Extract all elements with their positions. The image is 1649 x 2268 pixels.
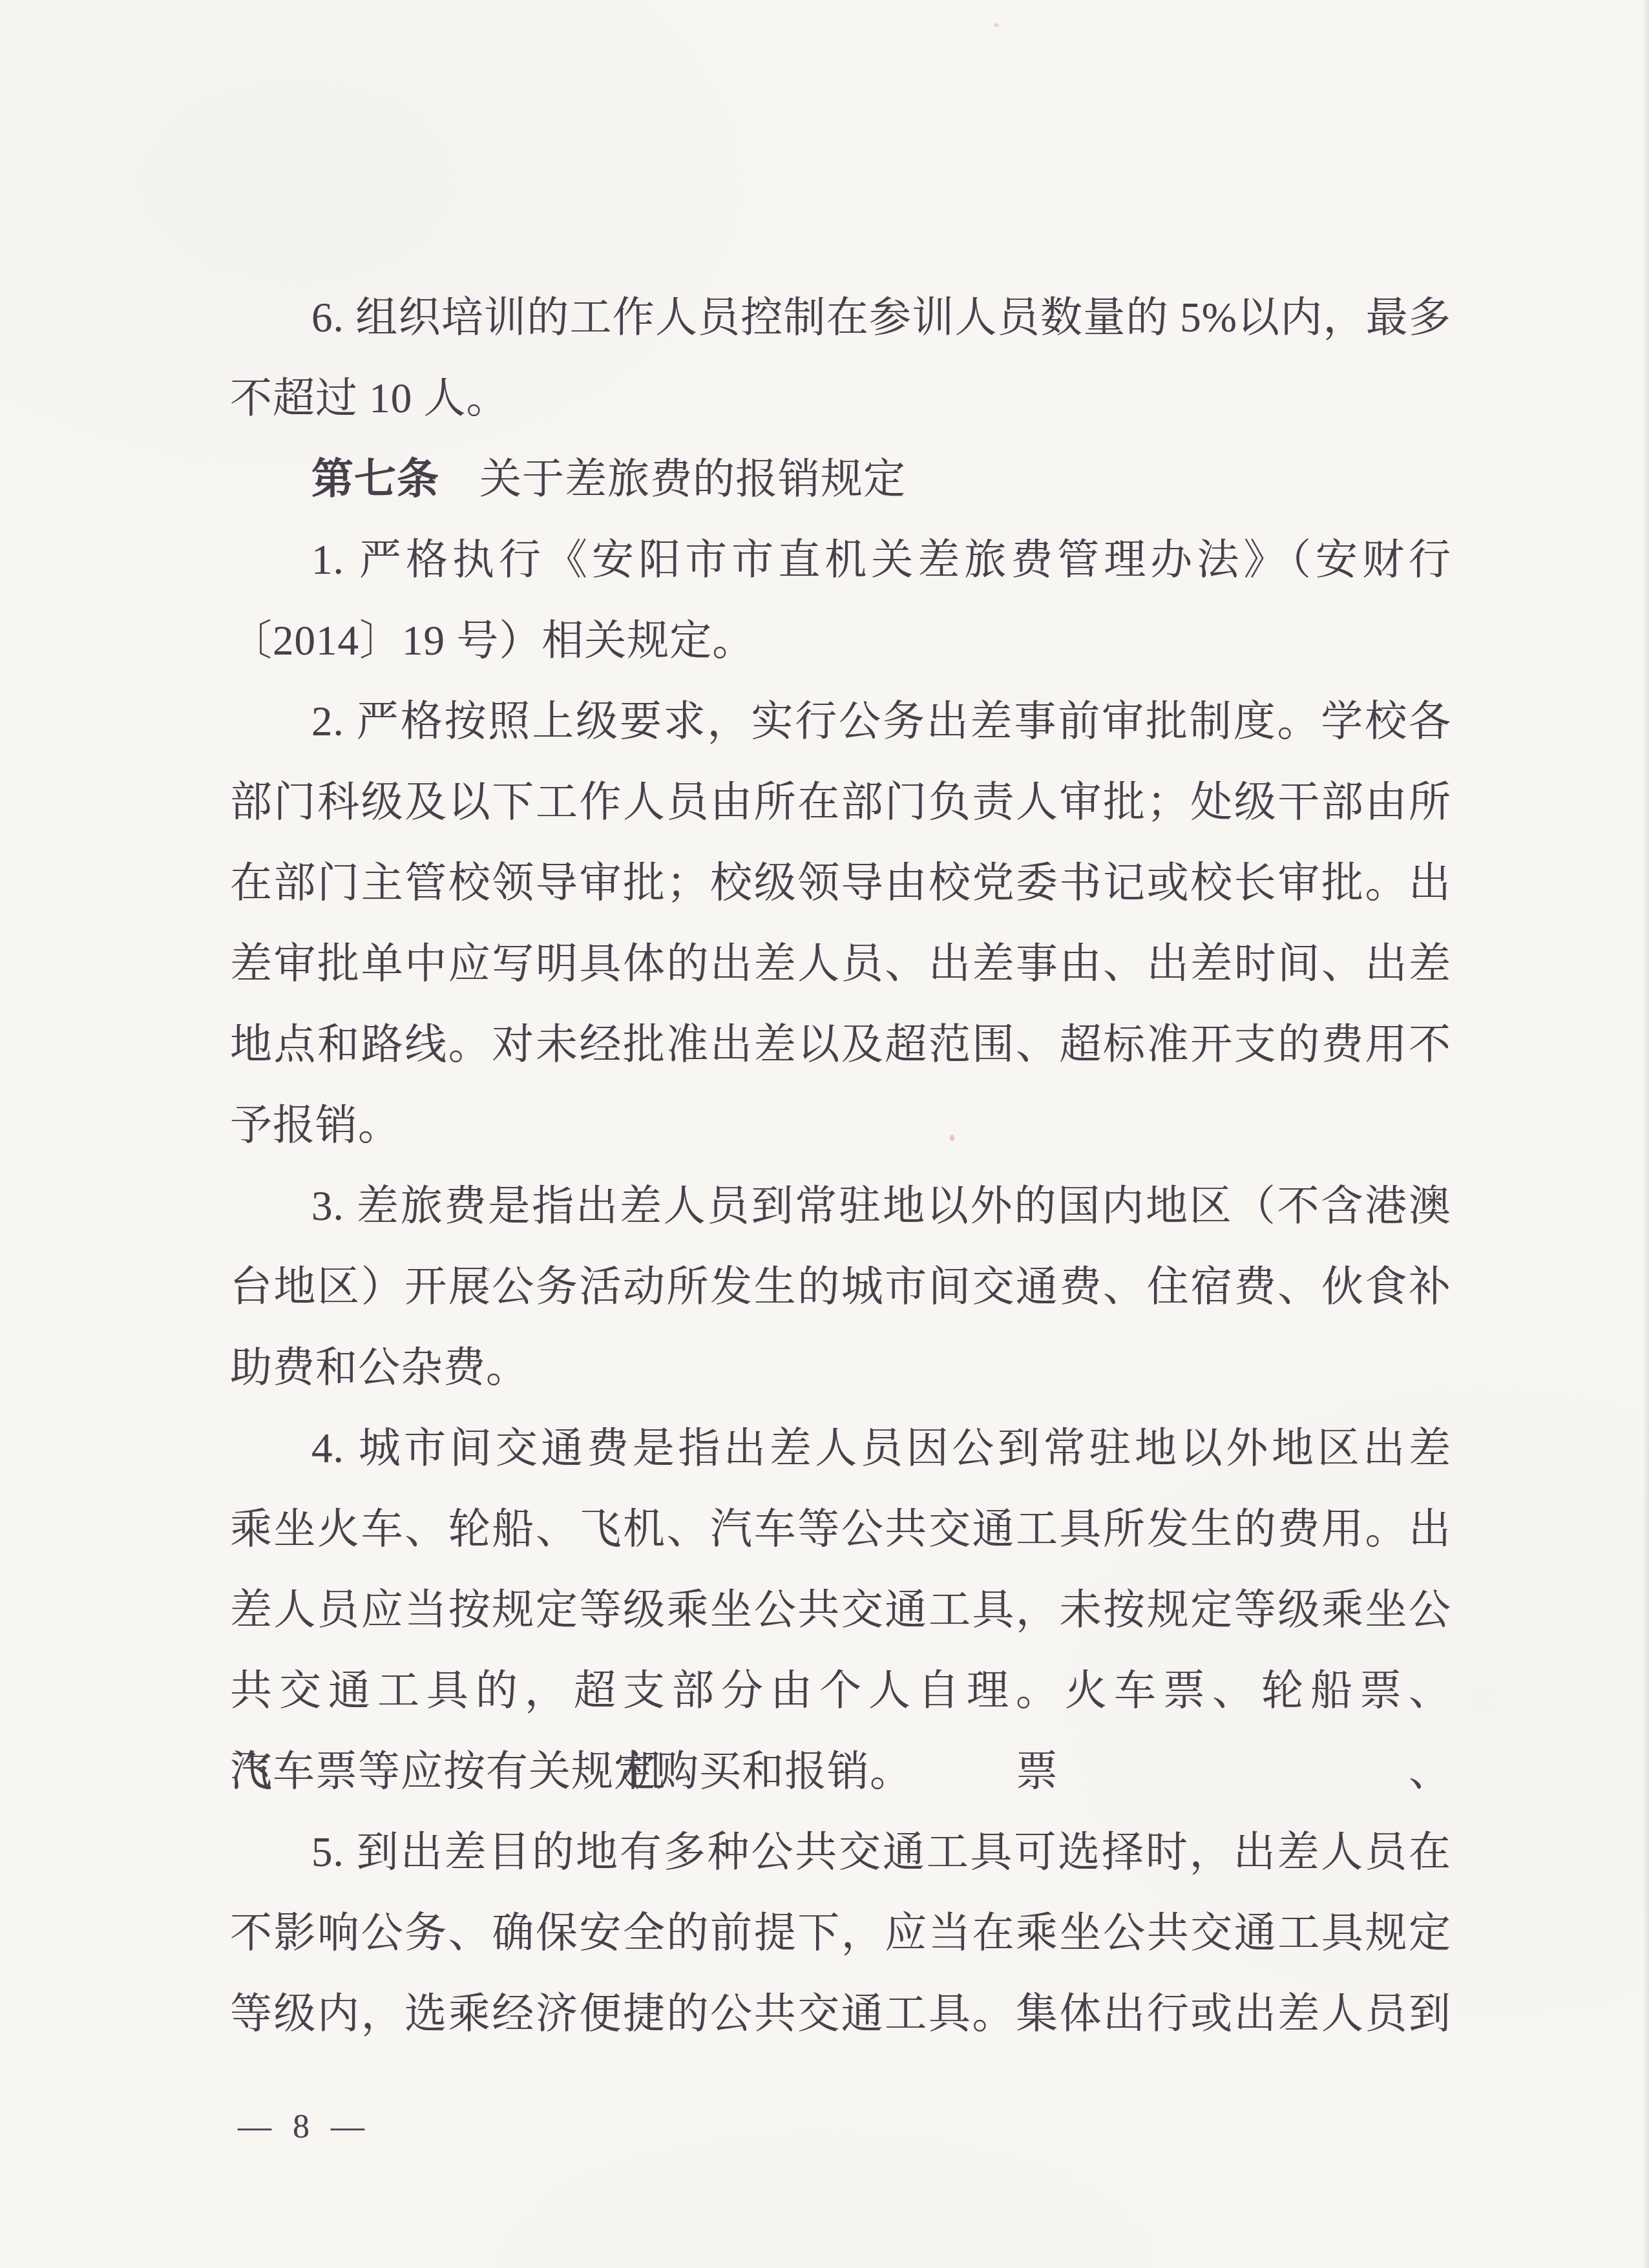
section-heading: 第七条关于差旅费的报销规定 [230,439,1451,520]
text-line: 在部门主管校领导审批；校级领导由校党委书记或校长审批。出 [230,843,1451,924]
text-line: 3. 差旅费是指出差人员到常驻地以外的国内地区（不含港澳 [230,1166,1451,1247]
text-line: 5. 到出差目的地有多种公共交通工具可选择时，出差人员在 [230,1812,1451,1893]
text-line: 〔2014〕19 号）相关规定。 [230,601,1451,682]
text-lines: 6. 组织培训的工作人员控制在参训人员数量的 5%以内，最多不超过 10 人。第… [230,278,1451,2055]
text-line: 2. 严格按照上级要求，实行公务出差事前审批制度。学校各 [230,682,1451,762]
text-line: 不超过 10 人。 [230,359,1451,439]
text-line: 共交通工具的，超支部分由个人自理。火车票、轮船票、飞机票、 [230,1651,1451,1732]
text-line: 予报销。 [230,1086,1451,1166]
scan-speck [994,23,999,27]
scan-speck [950,1135,954,1141]
text-line: 等级内，选乘经济便捷的公共交通工具。集体出行或出差人员到 [230,1974,1451,2055]
text-line: 4. 城市间交通费是指出差人员因公到常驻地以外地区出差 [230,1409,1451,1489]
scanned-document-page: 6. 组织培训的工作人员控制在参训人员数量的 5%以内，最多不超过 10 人。第… [0,0,1649,2268]
scan-edge-shade [1643,0,1649,2268]
text-line: 不影响公务、确保安全的前提下，应当在乘坐公共交通工具规定 [230,1893,1451,1974]
heading-title: 关于差旅费的报销规定 [479,456,906,503]
text-line: 6. 组织培训的工作人员控制在参训人员数量的 5%以内，最多 [230,278,1451,359]
page-number: — 8 — [238,2108,371,2147]
text-line: 差人员应当按规定等级乘坐公共交通工具，未按规定等级乘坐公 [230,1570,1451,1651]
text-line: 乘坐火车、轮船、飞机、汽车等公共交通工具所发生的费用。出 [230,1489,1451,1570]
text-line: 部门科级及以下工作人员由所在部门负责人审批；处级干部由所 [230,762,1451,843]
text-line: 差审批单中应写明具体的出差人员、出差事由、出差时间、出差 [230,924,1451,1005]
text-line: 地点和路线。对未经批准出差以及超范围、超标准开支的费用不 [230,1005,1451,1086]
scan-speck [486,1268,490,1272]
text-line: 台地区）开展公务活动所发生的城市间交通费、住宿费、伙食补 [230,1247,1451,1328]
heading-article-number: 第七条 [311,456,439,503]
text-line: 助费和公杂费。 [230,1328,1451,1409]
text-line: 1. 严格执行《安阳市市直机关差旅费管理办法》（安财行 [230,520,1451,601]
